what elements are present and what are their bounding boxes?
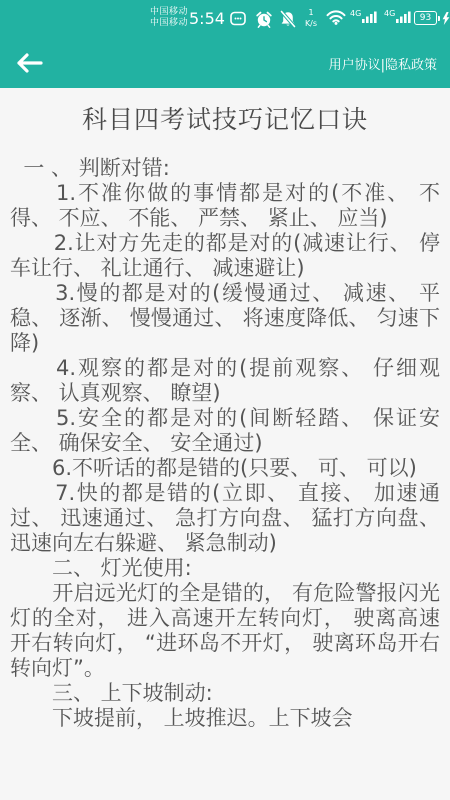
- mnemonic-paragraph: 3.慢的都是对的(缓慢通过、 减速、 平稳、 逐渐、 慢慢通过、 将速度降低、 …: [10, 281, 440, 356]
- signal-bars-icon: [396, 10, 411, 23]
- network-speed-unit: K/s: [301, 18, 321, 29]
- mnemonic-paragraph: 一 、 判断对错:: [10, 156, 440, 181]
- carrier-line-1: 中国移动: [150, 7, 188, 18]
- mnemonic-paragraph: 开启远光灯的全是错的， 有危险警报闪光灯的全对， 进入高速开左转向灯， 驶离高速…: [10, 581, 440, 681]
- page-title: 科目四考试技巧记忆口诀: [10, 100, 440, 136]
- sim2-network-type: 4G: [384, 10, 395, 18]
- network-speed-value: 1: [301, 7, 321, 18]
- mnemonic-paragraph: 下坡提前， 上坡推迟。上下坡会: [10, 706, 440, 731]
- battery-percent: 93: [414, 11, 437, 25]
- sim2-signal: 4G: [384, 10, 411, 23]
- charging-bolt-icon: [442, 12, 450, 25]
- mnemonic-paragraph: 5.安全的都是对的(间断轻踏、 保证安全、 确保安全、 安全通过): [10, 406, 440, 456]
- article-scroll-area[interactable]: 科目四考试技巧记忆口诀 一 、 判断对错: 1.不准你做的事情都是对的(不准、 …: [0, 88, 450, 800]
- mnemonic-paragraph: 2.让对方先走的都是对的(减速让行、 停车让行、 礼让通行、 减速避让): [10, 231, 440, 281]
- mnemonic-paragraph: 三、 上下坡制动:: [10, 681, 440, 706]
- app-bar: 用户协议|隐私政策: [0, 38, 450, 88]
- sim1-signal: 4G: [350, 10, 377, 23]
- hd-voice-icon: [230, 11, 246, 30]
- status-time: 5:54: [189, 9, 225, 28]
- battery-indicator: 93: [414, 11, 450, 25]
- mute-bell-icon: [278, 10, 298, 32]
- wifi-icon: [326, 10, 346, 29]
- mnemonic-paragraph: 1.不准你做的事情都是对的(不准、 不得、 不应、 不能、 严禁、 紧止、 应当…: [10, 181, 440, 231]
- phone-screen: 中国移动 中国移动 5:54: [0, 0, 450, 800]
- mnemonic-paragraph: 6.不听话的都是错的(只要、 可、 可以): [10, 456, 440, 481]
- signal-bars-icon: [362, 10, 377, 23]
- alarm-clock-icon: [255, 10, 273, 32]
- mnemonic-paragraph: 4.观察的都是对的(提前观察、 仔细观察、 认真观察、 瞭望): [10, 356, 440, 406]
- back-button[interactable]: [13, 50, 45, 76]
- status-bar: 中国移动 中国移动 5:54: [0, 0, 450, 38]
- mnemonic-paragraph: 二、 灯光使用:: [10, 556, 440, 581]
- carrier-line-2: 中国移动: [150, 18, 188, 29]
- network-speed-indicator: 1 K/s: [301, 7, 321, 29]
- mnemonic-paragraph: 7.快的都是错的(立即、 直接、 加速通过、 迅速通过、 急打方向盘、 猛打方向…: [10, 481, 440, 556]
- sim1-network-type: 4G: [350, 10, 361, 18]
- back-arrow-icon: [15, 52, 43, 74]
- carrier-label: 中国移动 中国移动: [150, 7, 188, 29]
- battery-nub: [438, 16, 440, 21]
- user-agreement-privacy-link[interactable]: 用户协议|隐私政策: [329, 54, 437, 73]
